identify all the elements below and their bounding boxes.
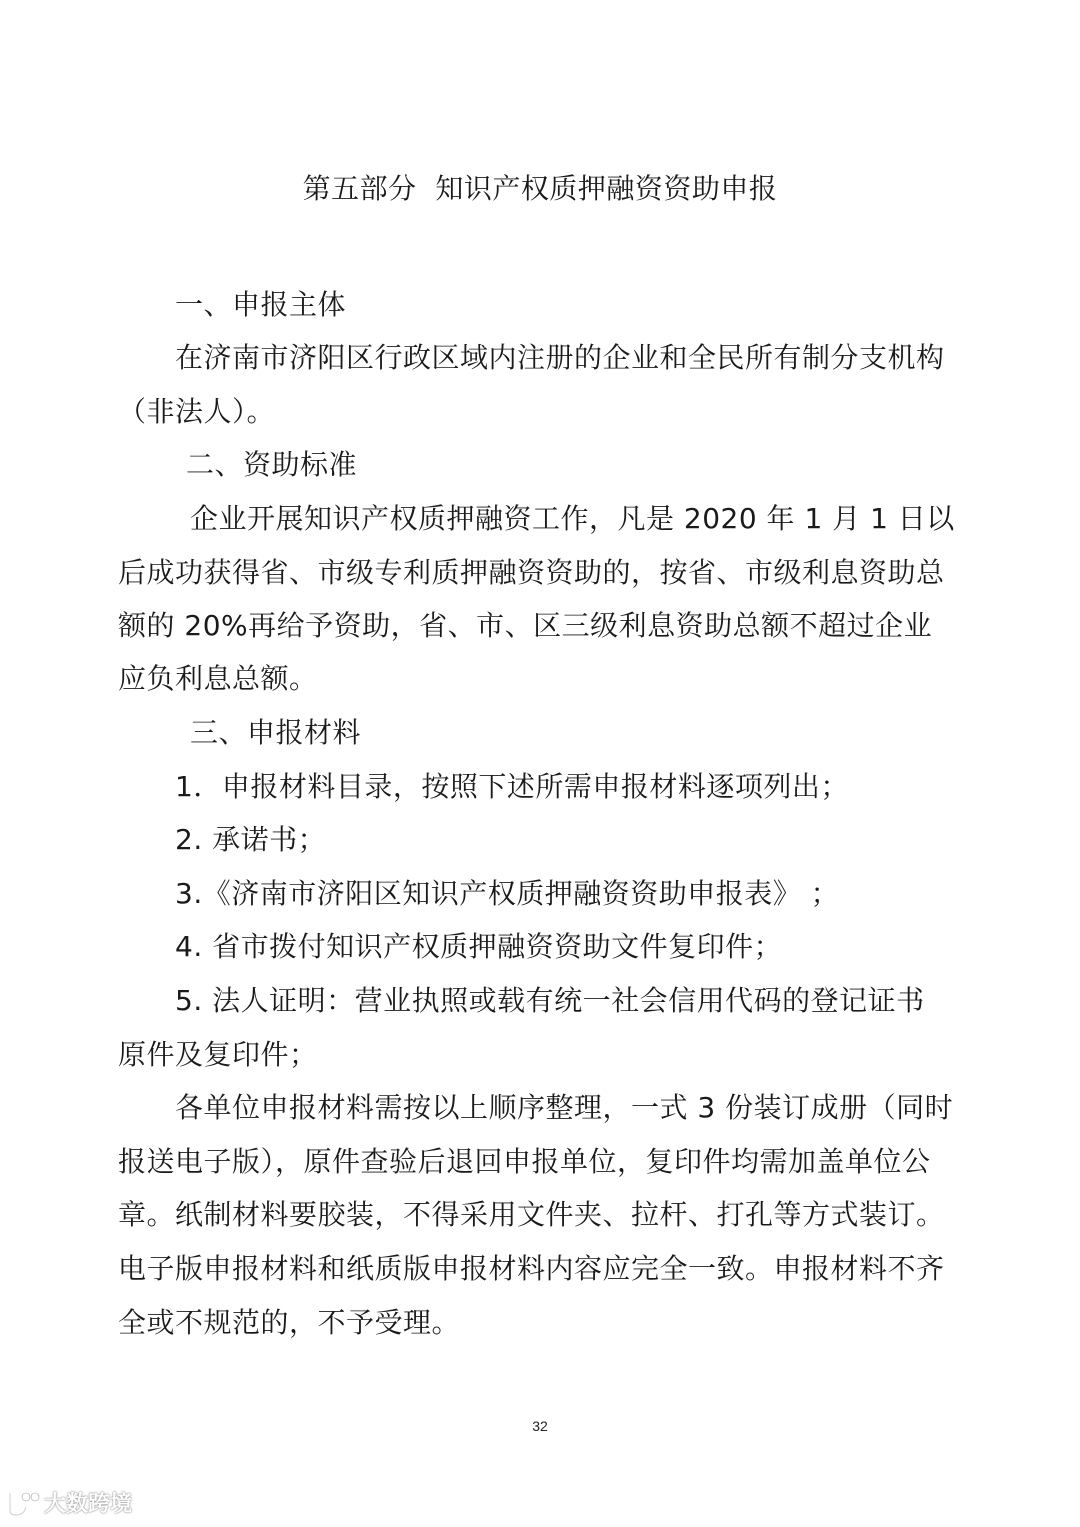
paragraph-line: （非法人）。 (118, 394, 275, 430)
list-item: 原件及复印件； (118, 1037, 318, 1073)
paragraph-line: 后成功获得省、市级专利质押融资资助的，按省、市级利息资助总 (118, 555, 945, 591)
paragraph-line: 全或不规范的，不予受理。 (118, 1305, 460, 1341)
list-item: 5. 法人证明：营业执照或载有统一社会信用代码的登记证书 (175, 983, 925, 1019)
section-heading-applicant: 一、申报主体 (175, 287, 346, 323)
paragraph-line: 章。纸制材料要胶装，不得采用文件夹、拉杆、打孔等方式装订。 (118, 1197, 945, 1233)
paragraph-line: 应负利息总额。 (118, 661, 318, 697)
paragraph-line: 电子版申报材料和纸质版申报材料内容应完全一致。申报材料不齐 (118, 1251, 945, 1287)
list-item: 2. 承诺书； (175, 822, 326, 858)
watermark-text: 大数跨境 (44, 1487, 132, 1518)
section-heading-materials: 三、申报材料 (190, 715, 361, 751)
paragraph-line: 在济南市济阳区行政区域内注册的企业和全民所有制分支机构 (175, 340, 945, 376)
paragraph-line: 报送电子版），原件查验后退回申报单位，复印件均需加盖单位公 (118, 1144, 931, 1180)
paragraph-line: 各单位申报材料需按以上顺序整理，一式 3 份装订成册（同时 (175, 1090, 953, 1126)
paragraph-line: 额的 20%再给予资助，省、市、区三级利息资助总额不超过企业 (118, 608, 932, 644)
kuajing-logo-icon (6, 1489, 40, 1517)
list-item: 3.《济南市济阳区知识产权质押融资资助申报表》 ； (175, 876, 839, 912)
paragraph-line: 企业开展知识产权质押融资工作，凡是 2020 年 1 月 1 日以 (190, 501, 955, 537)
section-heading-standard: 二、资助标准 (186, 447, 357, 483)
page-title: 第五部分 知识产权质押融资资助申报 (0, 171, 1080, 207)
page-number: 32 (0, 1418, 1080, 1434)
list-item: 4. 省市拨付知识产权质押融资资助文件复印件； (175, 929, 782, 965)
watermark: 大数跨境 (6, 1487, 132, 1518)
list-item: 1．申报材料目录，按照下述所需申报材料逐项列出； (175, 769, 849, 805)
document-page: 第五部分 知识产权质押融资资助申报 一、申报主体 在济南市济阳区行政区域内注册的… (0, 0, 1080, 1527)
